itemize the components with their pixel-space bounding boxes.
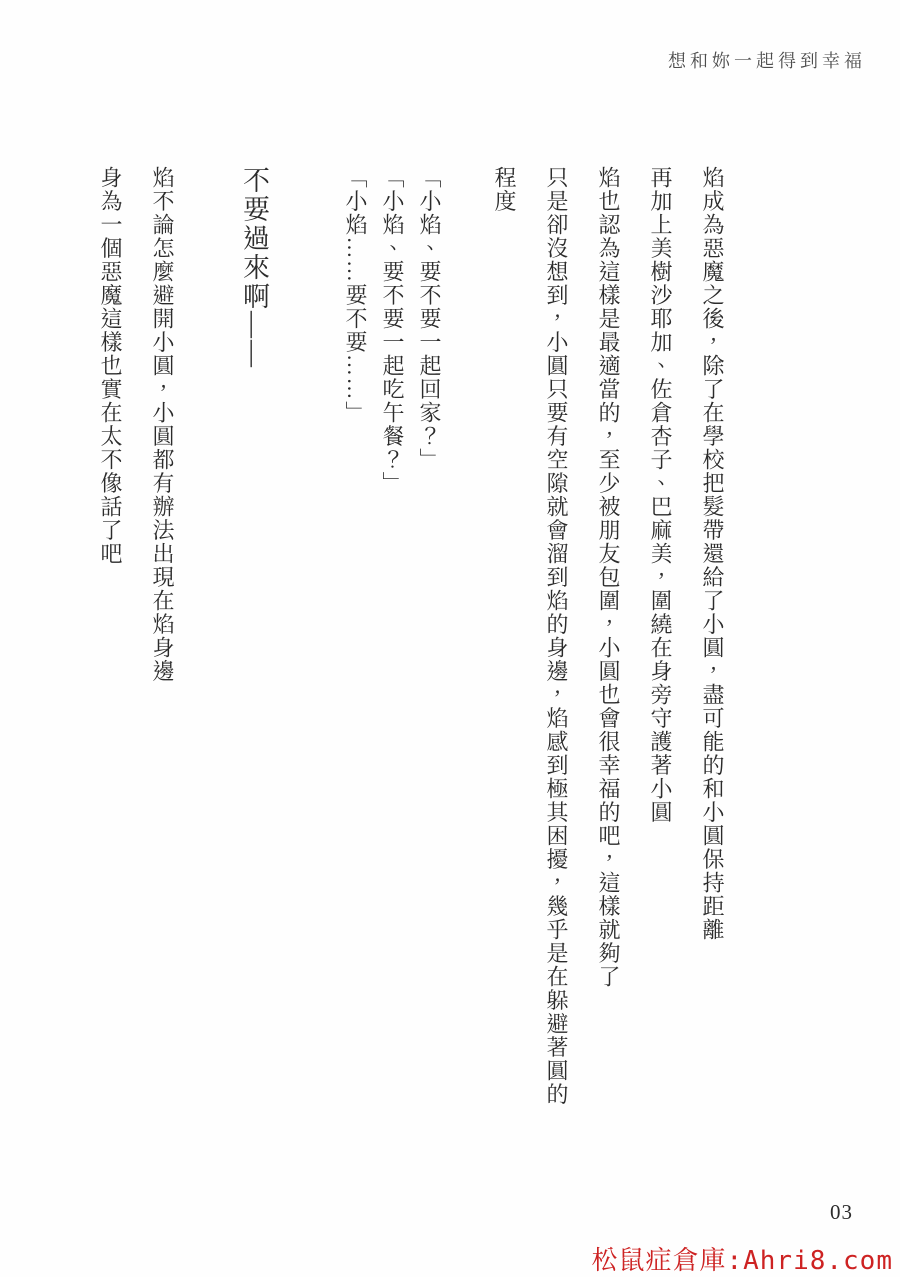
vertical-text-block: 焰成為惡魔之後，除了在學校把髮帶還給了小圓，盡可能的和小圓保持距離 再加上美樹沙… <box>84 166 738 1114</box>
page-number: 03 <box>830 1200 853 1225</box>
watermark: 松鼠症倉庫:Ahri8.com <box>591 1240 893 1277</box>
paragraph-narrative: 身為一個惡魔這樣也實在太不像話了吧 <box>84 166 136 1114</box>
paragraph-narrative: 再加上美樹沙耶加、佐倉杏子、巴麻美，圍繞在身旁守護著小圓 <box>634 166 686 1114</box>
running-header: 想和妳一起得到幸福 <box>668 47 866 73</box>
paragraph-dialogue: 「小焰、要不要一起吃午餐？」 <box>374 166 411 1114</box>
paragraph-dialogue: 「小焰……要不要……」 <box>337 166 374 1114</box>
paragraph-narrative: 焰也認為這樣是最適當的，至少被朋友包圍，小圓也會很幸福的吧，這樣就夠了 <box>582 166 634 1114</box>
paragraph-dialogue: 「小焰、要不要一起回家？」 <box>411 166 448 1114</box>
book-title: 想和妳一起得到幸福 <box>668 51 866 71</box>
paragraph-narrative: 焰成為惡魔之後，除了在學校把髮帶還給了小圓，盡可能的和小圓保持距離 <box>686 166 738 1114</box>
paragraph-narrative: 焰不論怎麼避開小圓，小圓都有辦法出現在焰身邊 <box>136 166 188 1114</box>
paragraph-narrative: 只是卻沒想到，小圓只要有空隙就會溜到焰的身邊，焰感到極其困擾，幾乎是在躲避著圓的… <box>478 166 582 1114</box>
paragraph-emphasis: 不要過來啊—— <box>233 166 275 1114</box>
